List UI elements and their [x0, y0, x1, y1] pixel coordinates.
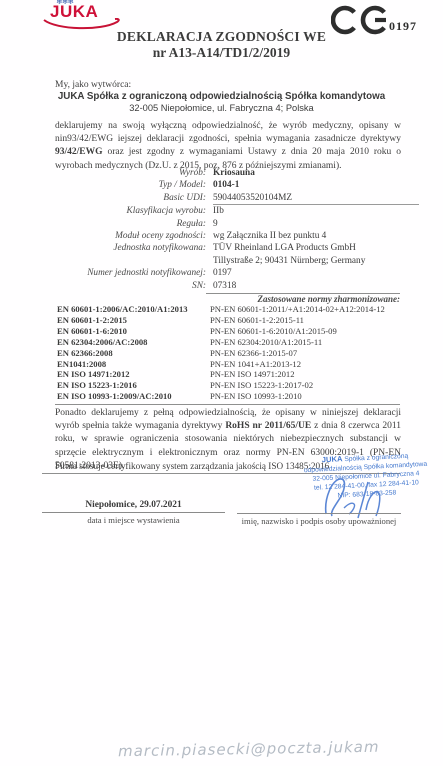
standard-pn: PN-EN ISO 10993-1:2010 [210, 391, 302, 402]
field-value: TÜV Rheinland LGA Products GmbH Tillystr… [213, 242, 365, 267]
field-value: 07318 [213, 280, 236, 292]
field-label: Moduł oceny zgodności: [0, 230, 206, 242]
standards-table: EN 60601-1:2006/AC:2010/A1:2013PN-EN 606… [57, 304, 417, 402]
standard-en: EN 62304:2006/AC:2008 [57, 337, 210, 348]
field-label: Reguła: [0, 218, 206, 230]
standard-en: EN ISO 10993-1:2009/AC:2010 [57, 391, 210, 402]
field-value: 59044053520104MZ [213, 192, 419, 205]
notified-body-address: Tillystraße 2; 90431 Nürnberg; Germany [213, 255, 365, 267]
rohs-directive-bold: RoHS nr 2011/65/UE [225, 421, 311, 431]
standard-pn: PN-EN ISO 15223-1:2017-02 [210, 380, 313, 391]
standard-row: EN ISO 14971:2012PN-EN ISO 14971:2012 [57, 369, 417, 380]
standard-row: EN 62366:2008PN-EN 62366-1:2015-07 [57, 348, 417, 359]
signature-line [237, 500, 401, 514]
field-value: 9 [213, 218, 218, 230]
standard-pn: PN-EN 60601-1:2011/+A1:2014-02+A12:2014-… [210, 304, 385, 315]
field-row-nb-number: Numer jednostki notyfikowanej: 0197 [0, 267, 443, 279]
field-label: Typ / Model: [0, 179, 206, 191]
field-value: wg Załącznika II bez punktu 4 [213, 230, 326, 242]
standard-pn: PN-EN ISO 14971:2012 [210, 369, 295, 380]
standard-en: EN 62366:2008 [57, 348, 210, 359]
notified-body-name: TÜV Rheinland LGA Products GmbH [213, 242, 365, 254]
standard-pn: PN-EN 62366-1:2015-07 [210, 348, 297, 359]
field-value: IIb [213, 205, 224, 217]
standard-en: EN ISO 15223-1:2016 [57, 380, 210, 391]
standard-en: EN 60601-1:2006/AC:2010/A1:2013 [57, 304, 210, 315]
field-label: Basic UDI: [0, 192, 206, 205]
field-label: Numer jednostki notyfikowanej: [0, 267, 206, 279]
field-value: 0104-1 [213, 179, 239, 191]
field-label: Jednostka notyfikowana: [0, 242, 206, 267]
field-row-model: Typ / Model: 0104-1 [0, 179, 443, 191]
stamp-brand: JUKA [322, 454, 343, 464]
standard-en: EN 60601-1-6:2010 [57, 326, 210, 337]
field-row-sn: SN: 07318 [0, 280, 443, 292]
field-row-udi: Basic UDI: 59044053520104MZ [0, 192, 443, 205]
field-row-module: Moduł oceny zgodności: wg Załącznika II … [0, 230, 443, 242]
field-row-rule: Reguła: 9 [0, 218, 443, 230]
declaration-paragraph: deklarujemy na swoją wyłączną odpowiedzi… [55, 120, 401, 173]
standard-pn: PN-EN 60601-1-2:2015-11 [210, 315, 304, 326]
signature-label: imię, nazwisko i podpis osoby upoważnion… [237, 514, 401, 526]
standard-row: EN ISO 10993-1:2009/AC:2010PN-EN ISO 109… [57, 391, 417, 402]
manufacturer-name: JUKA Spółka z ograniczoną odpowiedzialno… [0, 91, 443, 102]
manufacturer-intro: My, jako wytwórca: [55, 80, 131, 90]
standard-row: EN 62304:2006/AC:2008PN-EN 62304:2010/A1… [57, 337, 417, 348]
standard-en: EN1041:2008 [57, 359, 210, 370]
standard-en: EN ISO 14971:2012 [57, 369, 210, 380]
date-place-label: data i miejsce wystawienia [42, 513, 225, 525]
standards-heading: Zastosowane normy zharmonizowane: [257, 294, 400, 304]
standard-pn: PN-EN 60601-1-6:2010/A1:2015-09 [210, 326, 337, 337]
standard-pn: PN-EN 62304:2010/A1:2015-11 [210, 337, 322, 348]
standard-en: EN 60601-1-2:2015 [57, 315, 210, 326]
manufacturer-address: 32-005 Niepołomice, ul. Fabryczna 4; Pol… [0, 103, 443, 113]
document-number: nr A13-A14/TD1/2/2019 [0, 45, 443, 61]
standard-row: EN 60601-1-6:2010PN-EN 60601-1-6:2010/A1… [57, 326, 417, 337]
field-value: 0197 [213, 267, 232, 279]
quality-system-note: Firma stosuje certyfikowany system zarzą… [55, 461, 329, 471]
date-place-block: Niepołomice, 29.07.2021 data i miejsce w… [42, 500, 225, 525]
standard-row: EN 60601-1:2006/AC:2010/A1:2013PN-EN 606… [57, 304, 417, 315]
product-fields: Wyrób: Kriosauna Typ / Model: 0104-1 Bas… [0, 167, 443, 292]
field-label: Klasyfikacja wyrobu: [0, 205, 206, 217]
standard-row: EN ISO 15223-1:2016PN-EN ISO 15223-1:201… [57, 380, 417, 391]
document-title: DEKLARACJA ZGODNOŚCI WE [0, 29, 443, 45]
signature-block: imię, nazwisko i podpis osoby upoważnion… [237, 500, 401, 526]
field-label: Wyrób: [0, 167, 206, 179]
standard-pn: PN-EN 1041+A1:2013-12 [210, 359, 301, 370]
handwritten-email-note: marcin.piasecki@poczta.jukam [118, 738, 380, 761]
standard-row: EN1041:2008PN-EN 1041+A1:2013-12 [57, 359, 417, 370]
declaration-text: deklarujemy na swoją wyłączną odpowiedzi… [55, 121, 401, 144]
field-row-class: Klasyfikacja wyrobu: IIb [0, 205, 443, 217]
field-row-notified-body: Jednostka notyfikowana: TÜV Rheinland LG… [0, 242, 443, 267]
directive-bold: 93/42/EWG [55, 147, 103, 157]
field-value: Kriosauna [213, 167, 255, 179]
divider-line [55, 404, 400, 405]
field-row-product: Wyrób: Kriosauna [0, 167, 443, 179]
standard-row: EN 60601-1-2:2015PN-EN 60601-1-2:2015-11 [57, 315, 417, 326]
document-page: ❄❄❄ JUKA 0197 DEKLARACJA ZGODNOŚCI WE nr… [0, 0, 443, 766]
field-label: SN: [0, 280, 206, 292]
date-place-value: Niepołomice, 29.07.2021 [42, 500, 225, 513]
